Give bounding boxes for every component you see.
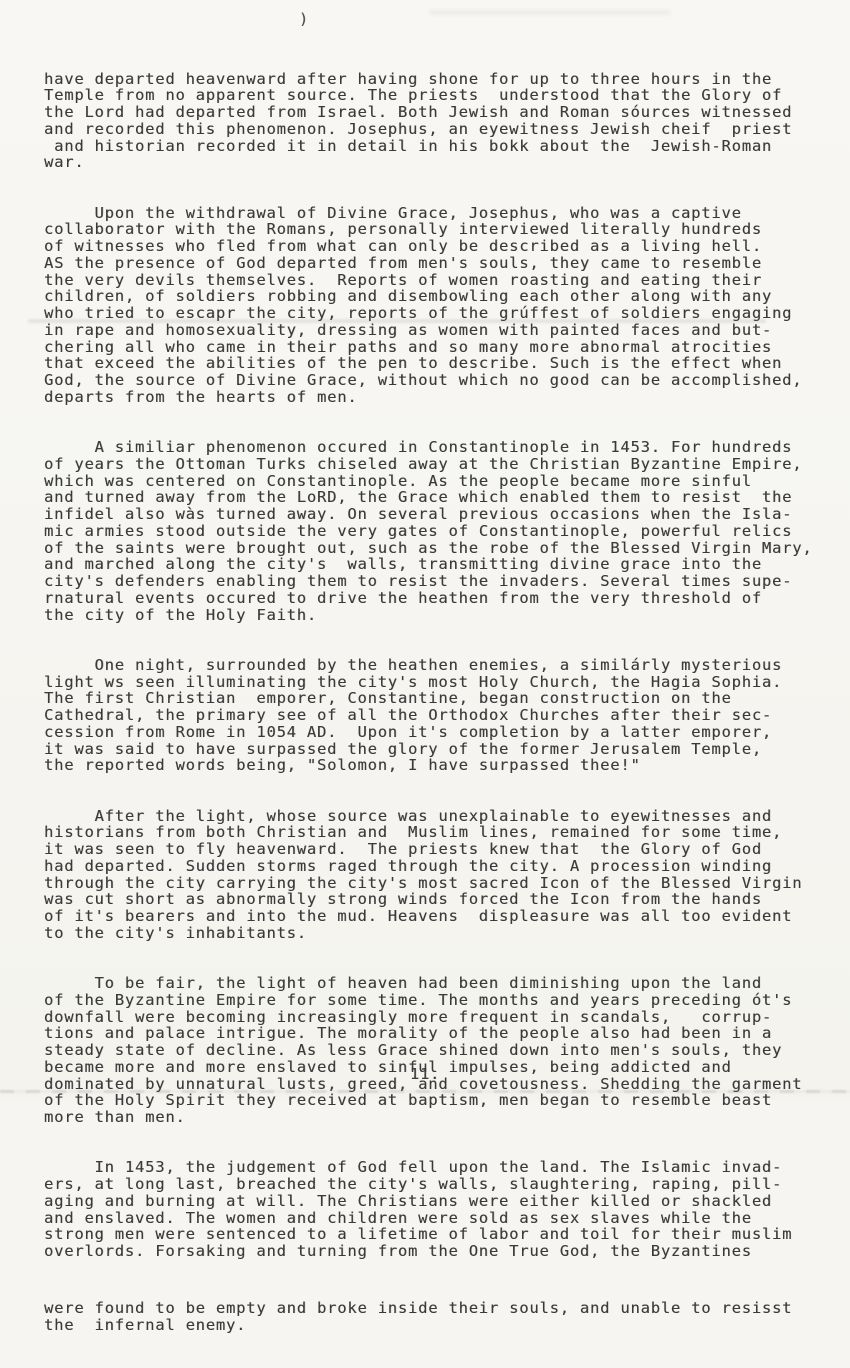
scan-smudge [0, 1090, 850, 1093]
document-text: have departed heavenward after having sh… [44, 37, 813, 1100]
scan-smudge [430, 10, 670, 15]
scan-smudge [28, 319, 766, 323]
body-paragraph: One night, surrounded by the heathen ene… [44, 657, 813, 774]
scanned-document-page: ) have departed heavenward after having … [0, 0, 850, 1100]
body-paragraph: After the light, whose source was unexpl… [44, 808, 813, 942]
body-paragraph: have departed heavenward after having sh… [44, 71, 813, 172]
body-paragraph: Upon the withdrawal of Divine Grace, Jos… [44, 205, 813, 406]
stray-typing-mark: ) [299, 11, 309, 28]
body-paragraph: A similiar phenomenon occured in Constan… [44, 439, 813, 623]
page-number: 11. [0, 1066, 850, 1083]
